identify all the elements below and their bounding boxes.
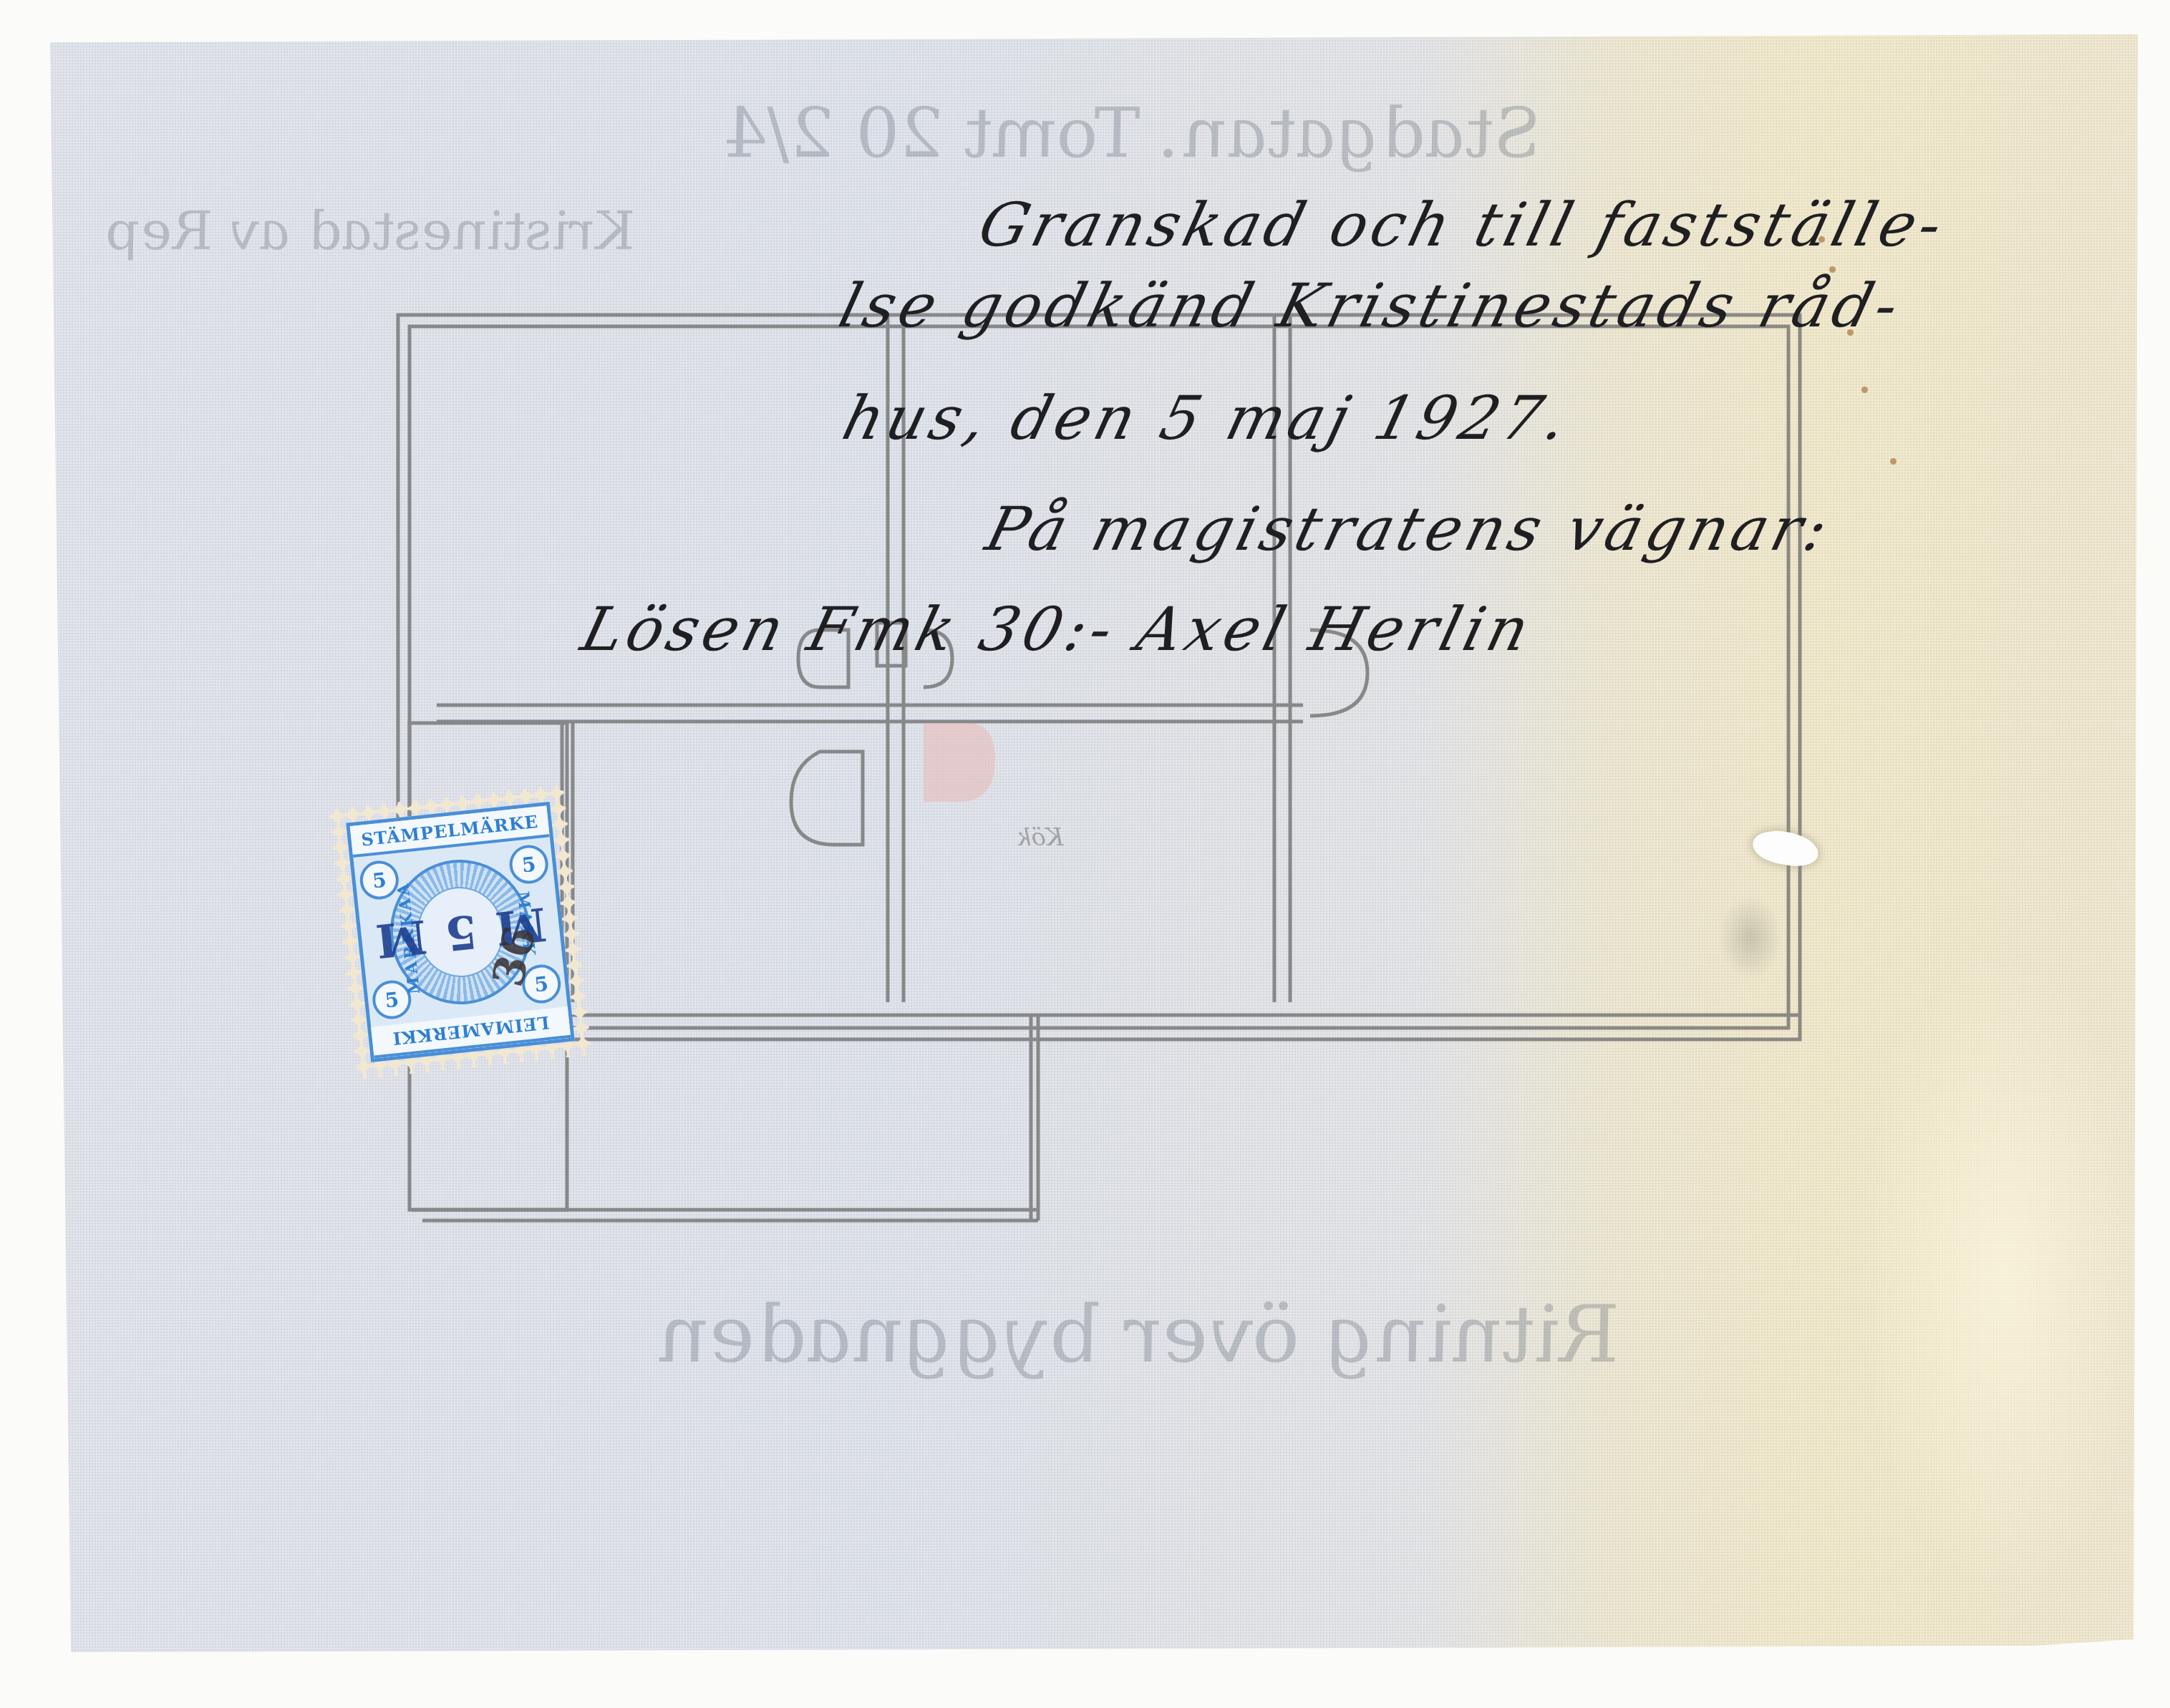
smudge <box>1718 895 1783 981</box>
stamp-face: STÄMPELMÄRKE 5 5 5 5 MARKKAA MARK M 5 M … <box>346 802 575 1062</box>
annotation-line-4: På magistratens vägnar: <box>979 494 1839 564</box>
stamp-corner-value: 5 <box>358 859 400 901</box>
revenue-stamp: STÄMPELMÄRKE 5 5 5 5 MARKKAA MARK M 5 M … <box>329 785 592 1079</box>
annotation-line-2: lse godkänd Kristinestads råd- <box>833 271 1910 341</box>
reverse-text-street: Stadgatan. Tomt 20 2/4 <box>715 93 1549 173</box>
stamp-corner-value: 5 <box>508 843 550 885</box>
rust-spot <box>1861 387 1868 393</box>
annotation-line-3-date: hus, den 5 maj 1927. <box>836 383 1579 453</box>
reverse-text-line2: Kristinestad av Rep <box>101 200 641 262</box>
annotation-line-5-fee-signature: Lösen Fmk 30:- Axel Herlin <box>575 594 1540 664</box>
red-fill-area <box>924 723 995 802</box>
rust-spot <box>1890 458 1897 465</box>
room-label: Kök <box>1017 823 1064 852</box>
annotation-line-1: Granskad och till fastställe- <box>972 190 1954 260</box>
reverse-text-bottom: Ritning över byggnaden <box>649 1289 1629 1380</box>
